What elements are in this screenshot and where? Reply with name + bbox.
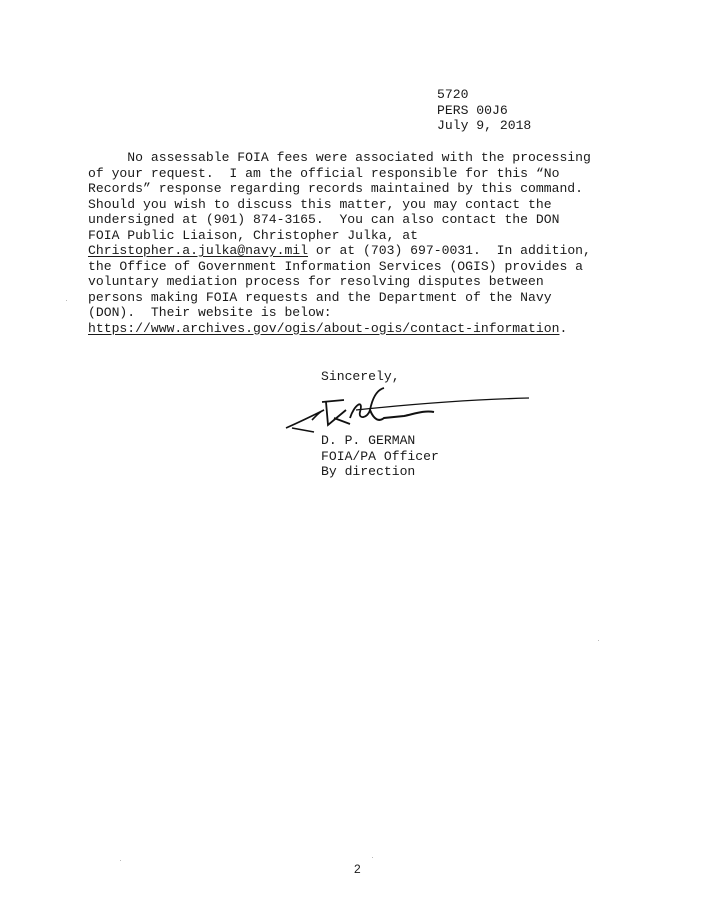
scan-speck — [120, 860, 121, 861]
ssic-code: 5720 — [437, 87, 531, 103]
signer-name: D. P. GERMAN — [321, 433, 439, 449]
signer-authority: By direction — [321, 464, 439, 480]
body-paragraph: No assessable FOIA fees were associated … — [88, 150, 591, 336]
body-line: of your request. I am the official respo… — [88, 166, 591, 182]
body-line: voluntary mediation process for resolvin… — [88, 274, 591, 290]
scan-speck — [598, 640, 599, 641]
letter-header: 5720PERS 00J6July 9, 2018 — [437, 87, 531, 134]
signer-block: D. P. GERMANFOIA/PA OfficerBy direction — [321, 433, 439, 480]
body-text: . — [559, 321, 567, 336]
body-line: the Office of Government Information Ser… — [88, 259, 591, 275]
body-line: No assessable FOIA fees were associated … — [88, 150, 591, 166]
page-number: 2 — [354, 862, 361, 876]
email-link[interactable]: Christopher.a.julka@navy.mil — [88, 243, 308, 258]
scan-speck — [66, 300, 67, 301]
body-line: (DON). Their website is below: — [88, 305, 591, 321]
body-line: persons making FOIA requests and the Dep… — [88, 290, 591, 306]
website-link[interactable]: https://www.archives.gov/ogis/about-ogis… — [88, 321, 559, 336]
letter-date: July 9, 2018 — [437, 118, 531, 134]
body-line: Christopher.a.julka@navy.mil or at (703)… — [88, 243, 591, 259]
scan-speck — [372, 857, 373, 858]
body-line: Should you wish to discuss this matter, … — [88, 197, 591, 213]
handwritten-signature — [284, 380, 534, 440]
body-line: FOIA Public Liaison, Christopher Julka, … — [88, 228, 591, 244]
body-line: https://www.archives.gov/ogis/about-ogis… — [88, 321, 591, 337]
body-text: or at (703) 697-0031. In addition, — [308, 243, 591, 258]
office-code: PERS 00J6 — [437, 103, 531, 119]
signer-title: FOIA/PA Officer — [321, 449, 439, 465]
letter-page: 5720PERS 00J6July 9, 2018 No assessable … — [0, 0, 705, 912]
body-line: Records” response regarding records main… — [88, 181, 591, 197]
body-line: undersigned at (901) 874-3165. You can a… — [88, 212, 591, 228]
